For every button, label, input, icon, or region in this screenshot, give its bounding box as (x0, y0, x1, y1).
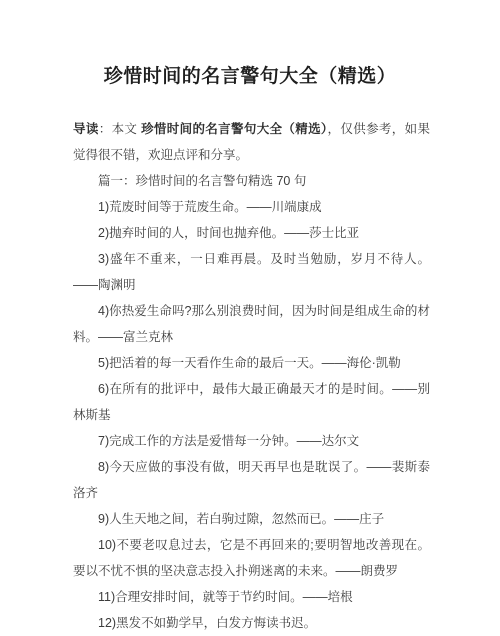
quote-paragraph-9: 9)人生天地之间，若白驹过隙，忽然而已。——庄子 (73, 506, 430, 532)
quote-paragraph-8: 8)今天应做的事没有做，明天再早也是耽误了。——裴斯泰洛齐 (73, 454, 430, 506)
quote-paragraph-12: 12)黑发不如勤学早，白发方悔读书迟。 (73, 610, 430, 636)
document-title: 珍惜时间的名言警句大全（精选） (0, 0, 500, 90)
quote-paragraph-6: 6)在所有的批评中，最伟大最正确最天才的是时间。——别林斯基 (73, 376, 430, 428)
intro-bold-title: 珍惜时间的名言警句大全（精选） (141, 122, 327, 136)
section-heading: 篇一：珍惜时间的名言警句精选 70 句 (73, 168, 430, 194)
quote-paragraph-5: 5)把活着的每一天看作生命的最后一天。——海伦·凯勒 (73, 350, 430, 376)
document-body: 导读：本文 珍惜时间的名言警句大全（精选），仅供参考，如果觉得很不错，欢迎点评和… (73, 116, 430, 636)
intro-paragraph: 导读：本文 珍惜时间的名言警句大全（精选），仅供参考，如果觉得很不错，欢迎点评和… (73, 116, 430, 168)
quote-paragraph-7: 7)完成工作的方法是爱惜每一分钟。——达尔文 (73, 428, 430, 454)
intro-lead-label: 导读 (73, 122, 99, 136)
quote-paragraph-2: 2)抛弃时间的人，时间也抛弃他。——莎士比亚 (73, 220, 430, 246)
quote-paragraph-10: 10)不要老叹息过去，它是不再回来的;要明智地改善现在。要以不忧不惧的坚决意志投… (73, 532, 430, 584)
quote-paragraph-1: 1)荒废时间等于荒废生命。——川端康成 (73, 194, 430, 220)
quote-paragraph-11: 11)合理安排时间，就等于节约时间。——培根 (73, 584, 430, 610)
intro-colon: ： (99, 122, 112, 136)
quote-paragraph-3: 3)盛年不重来，一日难再晨。及时当勉励，岁月不待人。——陶渊明 (73, 246, 430, 298)
intro-pre-text: 本文 (112, 122, 142, 136)
document-page: 珍惜时间的名言警句大全（精选） 导读：本文 珍惜时间的名言警句大全（精选），仅供… (0, 0, 500, 636)
quote-paragraph-4: 4)你热爱生命吗?那么别浪费时间，因为时间是组成生命的材料。——富兰克林 (73, 298, 430, 350)
